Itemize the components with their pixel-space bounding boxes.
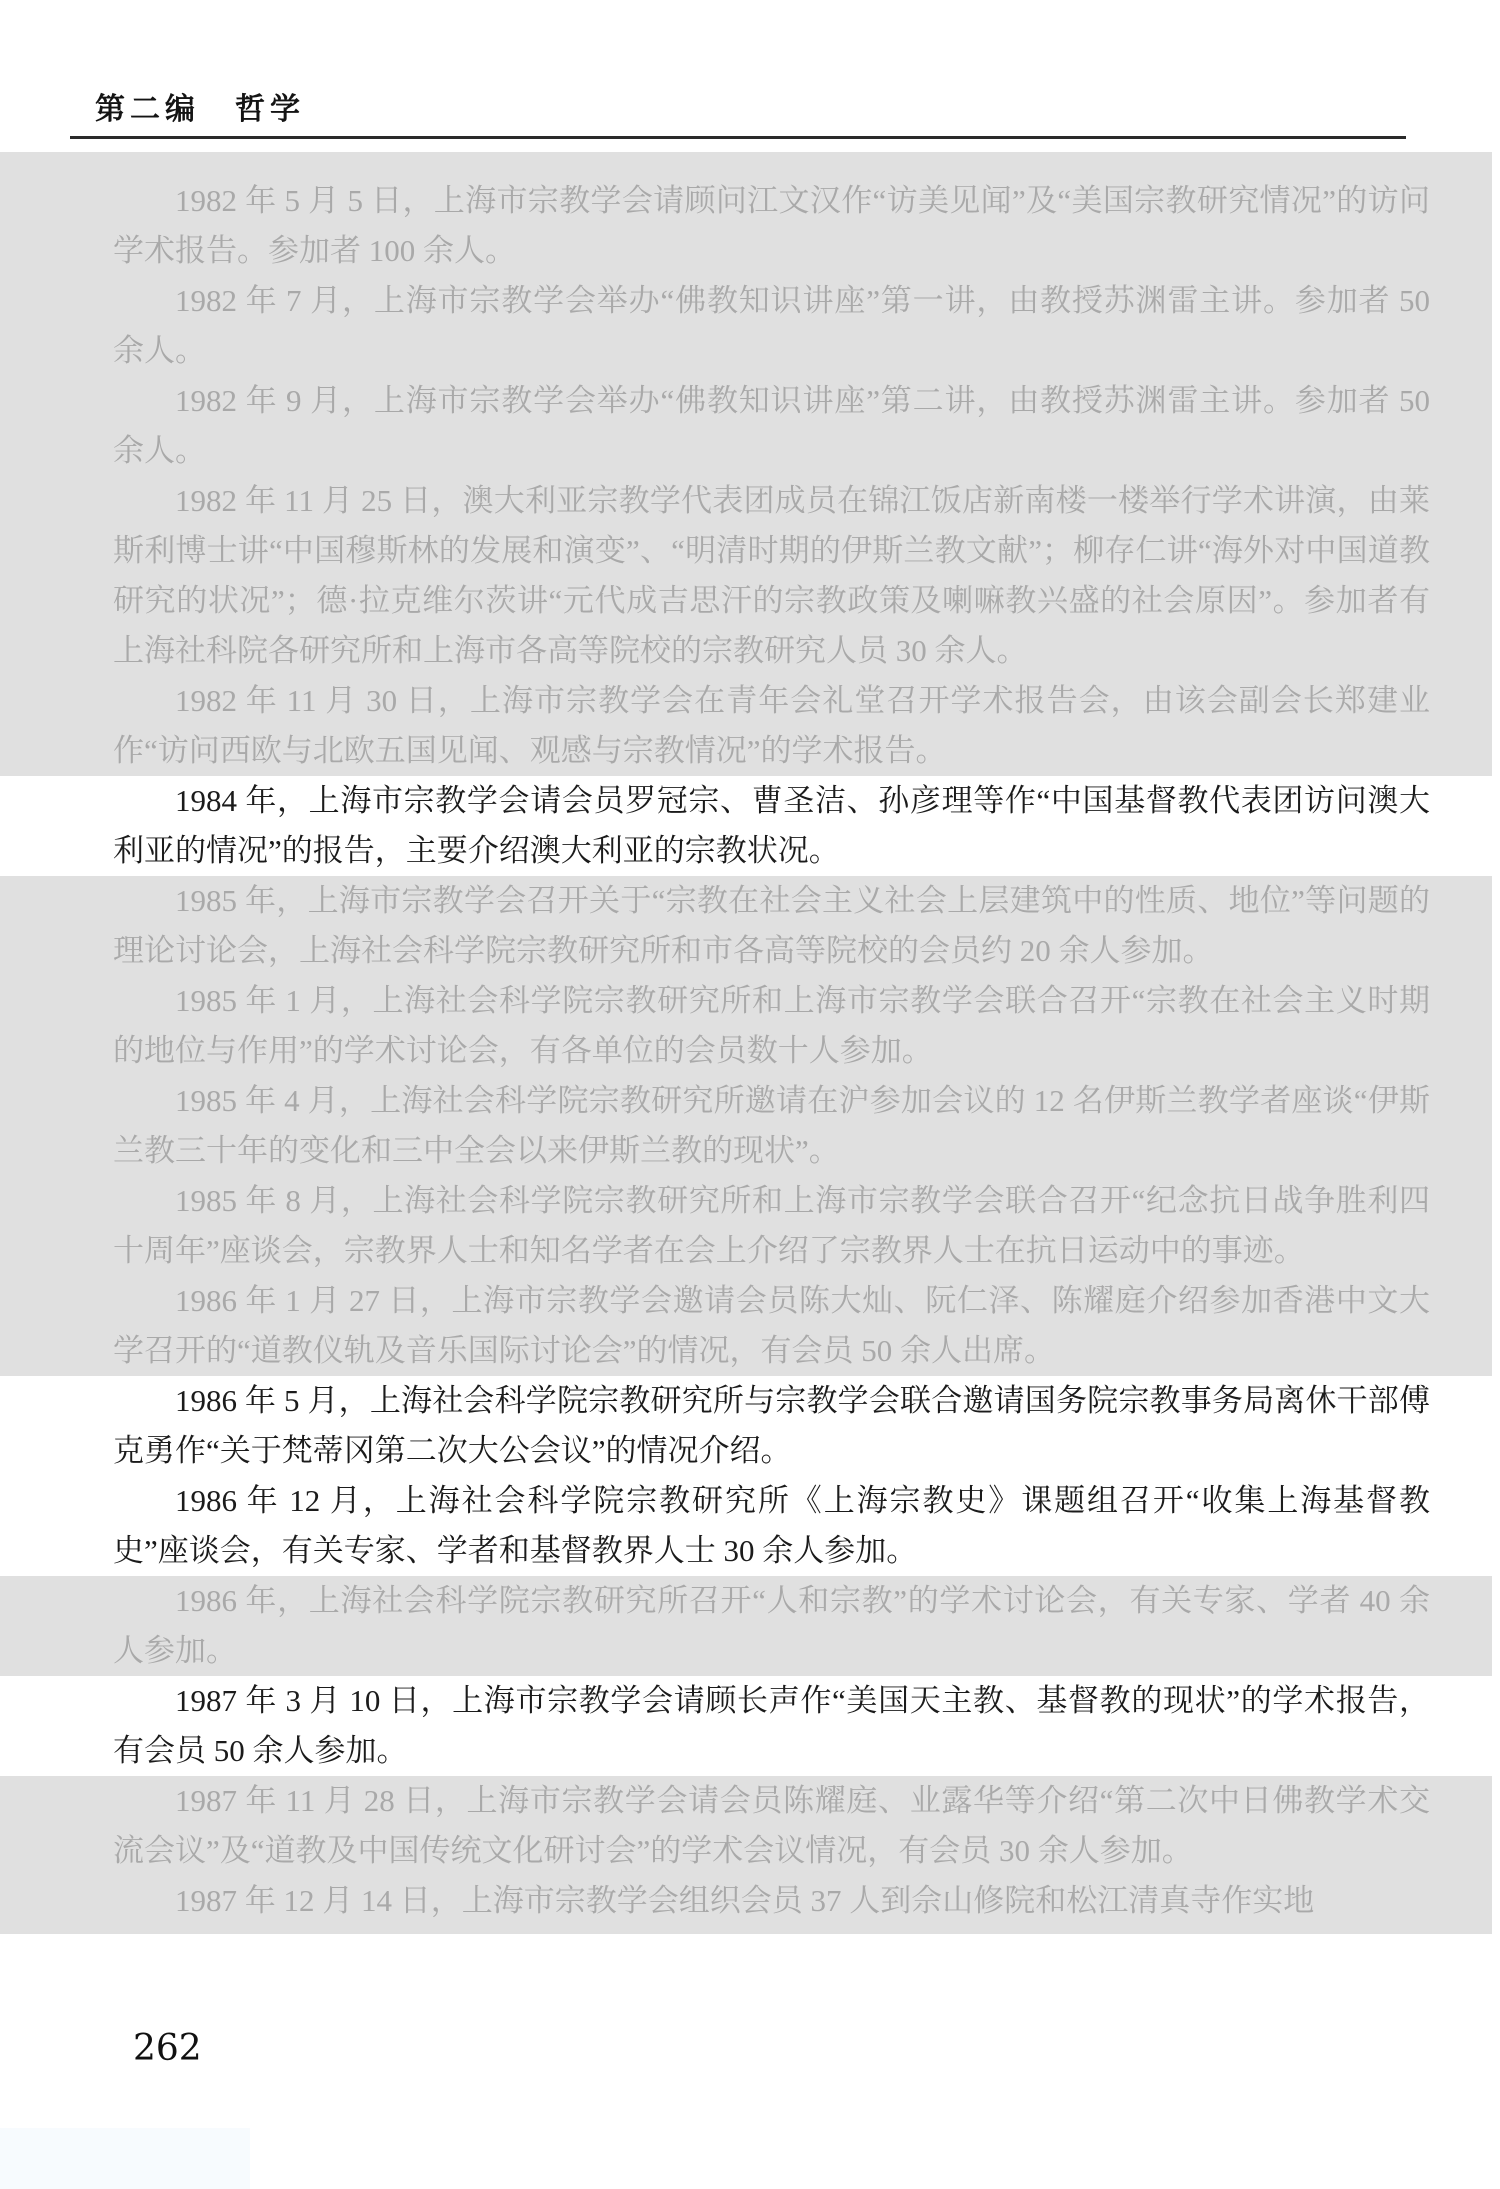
event-paragraph: 1987 年 12 月 14 日，上海市宗教学会组织会员 37 人到佘山修院和松…	[0, 1876, 1492, 1934]
scan-artifact-tint	[0, 2128, 250, 2189]
content-area: 1982 年 5 月 5 日，上海市宗教学会请顾问江文汉作“访美见闻”及“美国宗…	[0, 152, 1492, 1934]
event-paragraph: 1982 年 11 月 25 日，澳大利亚宗教学代表团成员在锦江饭店新南楼一楼举…	[0, 476, 1492, 676]
book-page: 第二编 哲学 1982 年 5 月 5 日，上海市宗教学会请顾问江文汉作“访美见…	[0, 0, 1500, 2189]
event-paragraph: 1984 年，上海市宗教学会请会员罗冠宗、曹圣洁、孙彦理等作“中国基督教代表团访…	[0, 776, 1492, 876]
event-paragraph: 1986 年，上海社会科学院宗教研究所召开“人和宗教”的学术讨论会，有关专家、学…	[0, 1576, 1492, 1676]
event-paragraph: 1982 年 5 月 5 日，上海市宗教学会请顾问江文汉作“访美见闻”及“美国宗…	[0, 152, 1492, 276]
event-paragraph: 1986 年 5 月，上海社会科学院宗教研究所与宗教学会联合邀请国务院宗教事务局…	[0, 1376, 1492, 1476]
header-rule	[70, 136, 1406, 139]
event-paragraph: 1982 年 11 月 30 日，上海市宗教学会在青年会礼堂召开学术报告会，由该…	[0, 676, 1492, 776]
event-paragraph: 1982 年 9 月，上海市宗教学会举办“佛教知识讲座”第二讲，由教授苏渊雷主讲…	[0, 376, 1492, 476]
event-paragraph: 1985 年，上海市宗教学会召开关于“宗教在社会主义社会上层建筑中的性质、地位”…	[0, 876, 1492, 976]
event-paragraph: 1986 年 1 月 27 日，上海市宗教学会邀请会员陈大灿、阮仁泽、陈耀庭介绍…	[0, 1276, 1492, 1376]
event-paragraph: 1985 年 4 月，上海社会科学院宗教研究所邀请在沪参加会议的 12 名伊斯兰…	[0, 1076, 1492, 1176]
section-header: 第二编 哲学	[95, 84, 305, 128]
page-number: 262	[133, 2028, 202, 2069]
event-paragraph: 1987 年 3 月 10 日，上海市宗教学会请顾长声作“美国天主教、基督教的现…	[0, 1676, 1492, 1776]
event-paragraph: 1986 年 12 月，上海社会科学院宗教研究所《上海宗教史》课题组召开“收集上…	[0, 1476, 1492, 1576]
event-paragraph: 1987 年 11 月 28 日，上海市宗教学会请会员陈耀庭、业露华等介绍“第二…	[0, 1776, 1492, 1876]
event-paragraph: 1982 年 7 月，上海市宗教学会举办“佛教知识讲座”第一讲，由教授苏渊雷主讲…	[0, 276, 1492, 376]
event-paragraph: 1985 年 1 月，上海社会科学院宗教研究所和上海市宗教学会联合召开“宗教在社…	[0, 976, 1492, 1076]
event-paragraph: 1985 年 8 月，上海社会科学院宗教研究所和上海市宗教学会联合召开“纪念抗日…	[0, 1176, 1492, 1276]
